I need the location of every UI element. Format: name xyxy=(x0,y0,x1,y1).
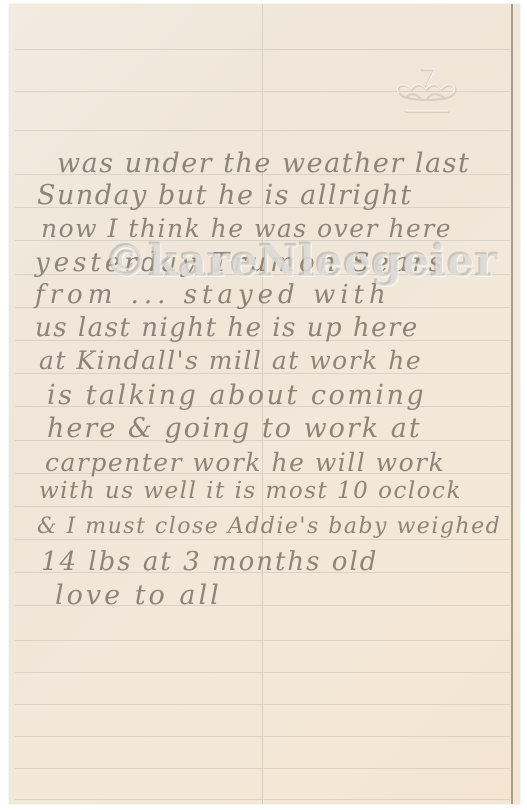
handwriting-line: at Kindall's mill at work he xyxy=(39,348,422,373)
handwriting-line: 14 lbs at 3 months old xyxy=(41,549,378,575)
copyright-watermark: ©kareNleegeier xyxy=(104,236,498,287)
handwriting-line: love to all xyxy=(55,582,222,609)
handwriting-line: carpenter work he will work xyxy=(45,450,445,475)
handwriting-line: is talking about coming xyxy=(47,382,426,409)
handwriting-line: was under the weather last xyxy=(57,150,470,177)
letter-page: was under the weather last Sunday but he… xyxy=(9,4,520,804)
handwriting-line: with us well it is most 10 oclock xyxy=(39,480,462,503)
handwriting-line: here & going to work at xyxy=(47,415,422,442)
handwriting-line: Sunday but he is allright xyxy=(37,182,413,209)
handwritten-text: was under the weather last Sunday but he… xyxy=(9,4,520,804)
handwriting-line: & I must close Addie's baby weighed xyxy=(37,516,501,538)
handwriting-line: us last night he is up here xyxy=(35,315,419,341)
